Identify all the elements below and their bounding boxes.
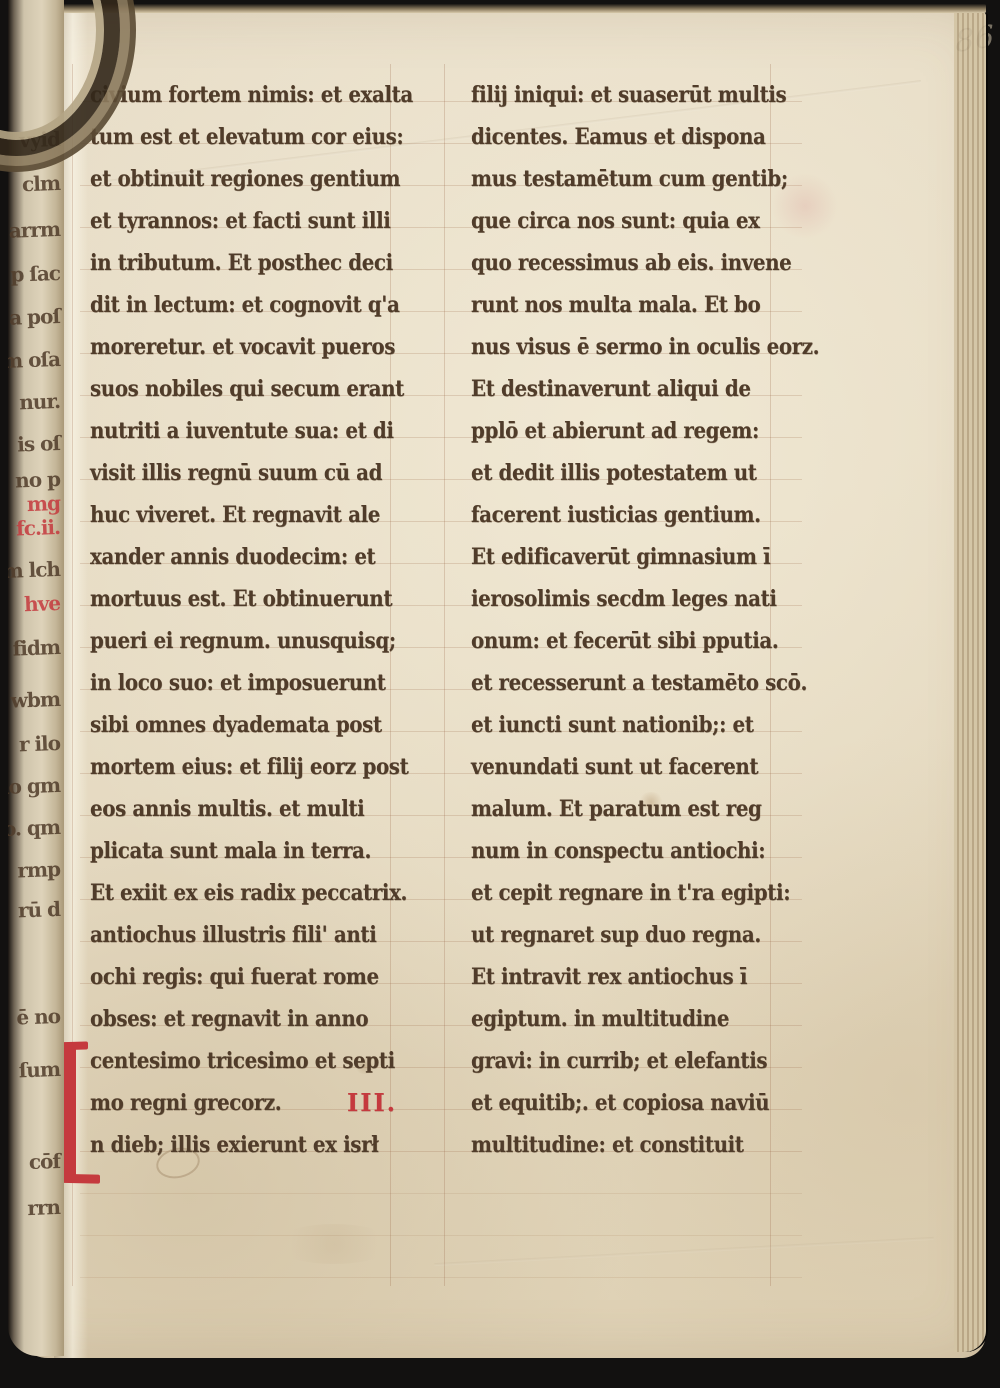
text-line: tum est et elevatum cor eius: bbox=[90, 116, 387, 158]
text-line: visit illis regnū suum cū ad bbox=[90, 452, 387, 494]
text-line: moreretur. et vocavit pueros bbox=[90, 326, 387, 368]
text-line: multitudine: et constituit bbox=[471, 1124, 768, 1166]
stain-smudge bbox=[274, 1224, 394, 1264]
text-line: in loco suo: et imposuerunt bbox=[90, 662, 387, 704]
margin-fragment: o. qm bbox=[8, 815, 60, 841]
text-line: plicata sunt mala in terra. bbox=[90, 830, 387, 872]
text-line: n dieb; illis exierunt ex isrł bbox=[90, 1124, 387, 1166]
text-line: gravi: in currib; et elefantis bbox=[471, 1040, 768, 1082]
text-column-left: civium fortem nimis: et exaltatum est et… bbox=[90, 74, 420, 1166]
text-line: et iuncti sunt nationib;: et bbox=[471, 704, 768, 746]
manuscript-photo: civium fortem nimis: et exaltatum est et… bbox=[0, 0, 1000, 1388]
margin-fragment: p ſac bbox=[8, 261, 60, 287]
ruling-vertical bbox=[444, 64, 445, 1286]
text-line: filij iniqui: et suaserūt multis bbox=[471, 74, 768, 116]
text-line: mus testamētum cum gentib; bbox=[471, 158, 768, 200]
margin-fragment: clm bbox=[8, 171, 60, 197]
text-line: malum. Et paratum est reg bbox=[471, 788, 768, 830]
text-line: que circa nos sunt: quia ex bbox=[471, 200, 768, 242]
text-line: et tyrannos: et facti sunt illi bbox=[90, 200, 387, 242]
text-line: venundati sunt ut facerent bbox=[471, 746, 768, 788]
text-line: Et exiit ex eis radix peccatrix. bbox=[90, 872, 387, 914]
text-line: egiptum. in multitudine bbox=[471, 998, 768, 1040]
chapter-marker: III. bbox=[347, 1082, 397, 1124]
text-line: mo regni grecorz. bbox=[90, 1082, 387, 1124]
margin-fragment: no p bbox=[8, 467, 60, 493]
text-line: xander annis duodecim: et bbox=[90, 536, 387, 578]
ruling-horizontal bbox=[80, 1193, 802, 1194]
margin-fragment: a poſ bbox=[8, 304, 60, 330]
text-line: et obtinuit regiones gentium bbox=[90, 158, 387, 200]
text-line: centesimo tricesimo et septi bbox=[90, 1040, 387, 1082]
text-line: ut regnaret sup duo regna. bbox=[471, 914, 768, 956]
margin-fragment: m oſa bbox=[8, 347, 60, 373]
text-line: pplō et abierunt ad regem: bbox=[471, 410, 768, 452]
text-line: mortem eius: et filij eorz post bbox=[90, 746, 387, 788]
text-line: Et intravit rex antiochus ī bbox=[471, 956, 768, 998]
text-line: in tributum. Et posthec deci bbox=[90, 242, 387, 284]
text-line: et equitib;. et copiosa naviū bbox=[471, 1082, 768, 1124]
text-line: nutriti a iuventute sua: et di bbox=[90, 410, 387, 452]
margin-fragment: ē no bbox=[8, 1004, 60, 1030]
margin-fragment: mg bbox=[8, 491, 60, 517]
text-line: et dedit illis potestatem ut bbox=[471, 452, 768, 494]
margin-fragment: ſum bbox=[8, 1057, 60, 1083]
margin-fragment: fc.ii. bbox=[8, 515, 60, 541]
parchment-crease bbox=[434, 1237, 933, 1266]
margin-fragment: r ilo bbox=[8, 731, 60, 757]
text-line: obses: et regnavit in anno bbox=[90, 998, 387, 1040]
ruling-horizontal bbox=[80, 1277, 802, 1278]
text-line: civium fortem nimis: et exalta bbox=[90, 74, 387, 116]
text-line: nus visus ē sermo in oculis eorz. bbox=[471, 326, 768, 368]
margin-fragment: rū d bbox=[8, 897, 60, 923]
text-line: pueri ei regnum. unusquisq; bbox=[90, 620, 387, 662]
text-line: ierosolimis secdm leges nati bbox=[471, 578, 768, 620]
text-line: ochi regis: qui fuerat rome bbox=[90, 956, 387, 998]
text-line: facerent iusticias gentium. bbox=[471, 494, 768, 536]
margin-fragment: fidm bbox=[8, 635, 60, 661]
text-line: antiochus illustris fili' anti bbox=[90, 914, 387, 956]
text-column-right: filij iniqui: et suaserūt multisdicentes… bbox=[471, 74, 801, 1166]
margin-fragment: wbm bbox=[8, 687, 60, 713]
binding-curl: vyidclmarrmp ſaca poſm oſanur.is oſno pm… bbox=[8, 0, 64, 1356]
text-line: runt nos multa mala. Et bo bbox=[471, 284, 768, 326]
margin-fragment: is oſ bbox=[8, 431, 60, 457]
text-line: num in conspectu antiochi: bbox=[471, 830, 768, 872]
margin-fragment: rmp bbox=[8, 857, 60, 883]
text-line: Et destinaverunt aliqui de bbox=[471, 368, 768, 410]
text-line: huc viveret. Et regnavit ale bbox=[90, 494, 387, 536]
margin-fragment: nur. bbox=[8, 389, 60, 415]
ruling-horizontal bbox=[80, 1235, 802, 1236]
text-line: dicentes. Eamus et dispona bbox=[471, 116, 768, 158]
text-line: sibi omnes dyademata post bbox=[90, 704, 387, 746]
text-line: onum: et fecerūt sibi pputia. bbox=[471, 620, 768, 662]
margin-fragment: arrm bbox=[8, 217, 60, 243]
page-stack-edge bbox=[954, 12, 986, 1352]
text-line: et cepit regnare in t'ra egipti: bbox=[471, 872, 768, 914]
margin-fragment: rrn bbox=[8, 1195, 60, 1221]
text-line: mortuus est. Et obtinuerunt bbox=[90, 578, 387, 620]
page-top-edge bbox=[14, 4, 986, 13]
parchment-page: civium fortem nimis: et exaltatum est et… bbox=[14, 10, 986, 1358]
margin-fragment: hve bbox=[8, 591, 60, 617]
text-line: quo recessimus ab eis. invene bbox=[471, 242, 768, 284]
margin-fragment: lo gm bbox=[8, 773, 60, 799]
text-line: et recesserunt a testamēto scō. bbox=[471, 662, 768, 704]
text-line: suos nobiles qui secum erant bbox=[90, 368, 387, 410]
text-line: Et edificaverūt gimnasium ī bbox=[471, 536, 768, 578]
margin-fragment: m lch bbox=[8, 557, 60, 583]
margin-fragment: cōf bbox=[8, 1149, 60, 1175]
text-line: eos annis multis. et multi bbox=[90, 788, 387, 830]
text-line: dit in lectum: et cognovit q'a bbox=[90, 284, 387, 326]
